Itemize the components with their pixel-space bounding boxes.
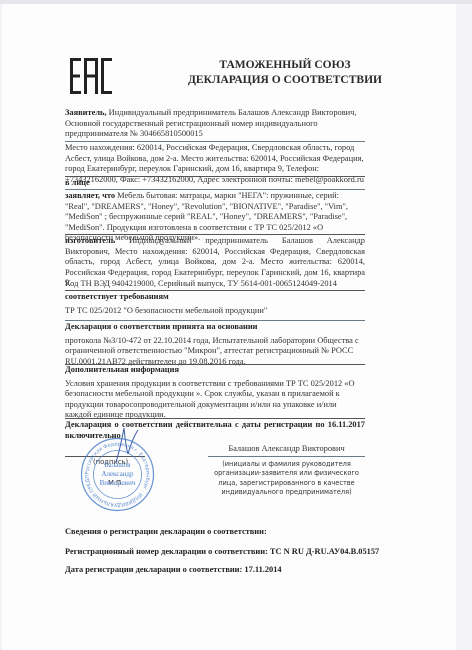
manufacturer-label: изготовитель — [65, 236, 115, 245]
basis-label: Декларация о соответствии принята на осн… — [65, 322, 365, 333]
signer-name: Балашов Александр Викторович — [208, 444, 365, 453]
registration-number: Регистрационный номер декларации о соотв… — [65, 547, 425, 558]
title-line-1: ТАМОЖЕННЫЙ СОЮЗ — [160, 58, 410, 73]
divider — [65, 234, 365, 235]
title-line-2: ДЕКЛАРАЦИЯ О СООТВЕТСТВИИ — [160, 73, 410, 88]
registration-date: Дата регистрации декларации о соответств… — [65, 565, 425, 576]
stamp-line-3: Викторович — [100, 479, 136, 487]
signer-caption: (инициалы и фамилия руководителя организ… — [208, 460, 365, 498]
applicant-section: Заявитель, Индивидуальный предпринимател… — [65, 108, 365, 140]
name-line — [208, 456, 365, 457]
additional-text: Условия хранения продукции в соответстви… — [65, 379, 365, 421]
complies-section: соответствует требованиям ТР ТС 025/2012… — [65, 292, 365, 316]
applicant-text: Индивидуальный предприниматель Балашов А… — [65, 108, 356, 138]
registration-heading: Сведения о регистрации декларации о соот… — [65, 527, 365, 538]
divider — [65, 290, 365, 291]
stamp-line-1: Балашов — [105, 461, 132, 469]
scan-right-edge — [456, 4, 472, 650]
in-person-section: в лице — [65, 178, 365, 189]
complies-label: соответствует требованиям — [65, 292, 365, 303]
divider — [65, 176, 365, 177]
basis-section: Декларация о соответствии принята на осн… — [65, 322, 365, 367]
divider — [65, 320, 365, 321]
product-code-text: Код ТН ВЭД 9404219000, Серийный выпуск, … — [65, 279, 337, 288]
applicant-label: Заявитель, — [65, 108, 107, 117]
document-title: ТАМОЖЕННЫЙ СОЮЗ ДЕКЛАРАЦИЯ О СООТВЕТСТВИ… — [160, 58, 410, 88]
additional-label: Дополнительная информация — [65, 365, 365, 376]
basis-text: протокола №3/10-472 от 22.10.2014 года, … — [65, 336, 365, 368]
additional-section: Дополнительная информация Условия хранен… — [65, 365, 365, 421]
divider — [65, 189, 365, 190]
complies-text: ТР ТС 025/2012 "О безопасности мебельной… — [65, 306, 365, 317]
divider — [65, 141, 365, 142]
product-code: Код ТН ВЭД 9404219000, Серийный выпуск, … — [65, 279, 365, 290]
stamp-line-2: Александр — [102, 470, 134, 478]
divider — [65, 418, 365, 419]
eac-mark-icon — [69, 56, 113, 96]
declares-label: заявляет, что — [65, 191, 115, 200]
in-person-label: в лице — [65, 178, 90, 187]
official-stamp: Российская Федерация г. Екатеринбург · И… — [80, 437, 155, 512]
